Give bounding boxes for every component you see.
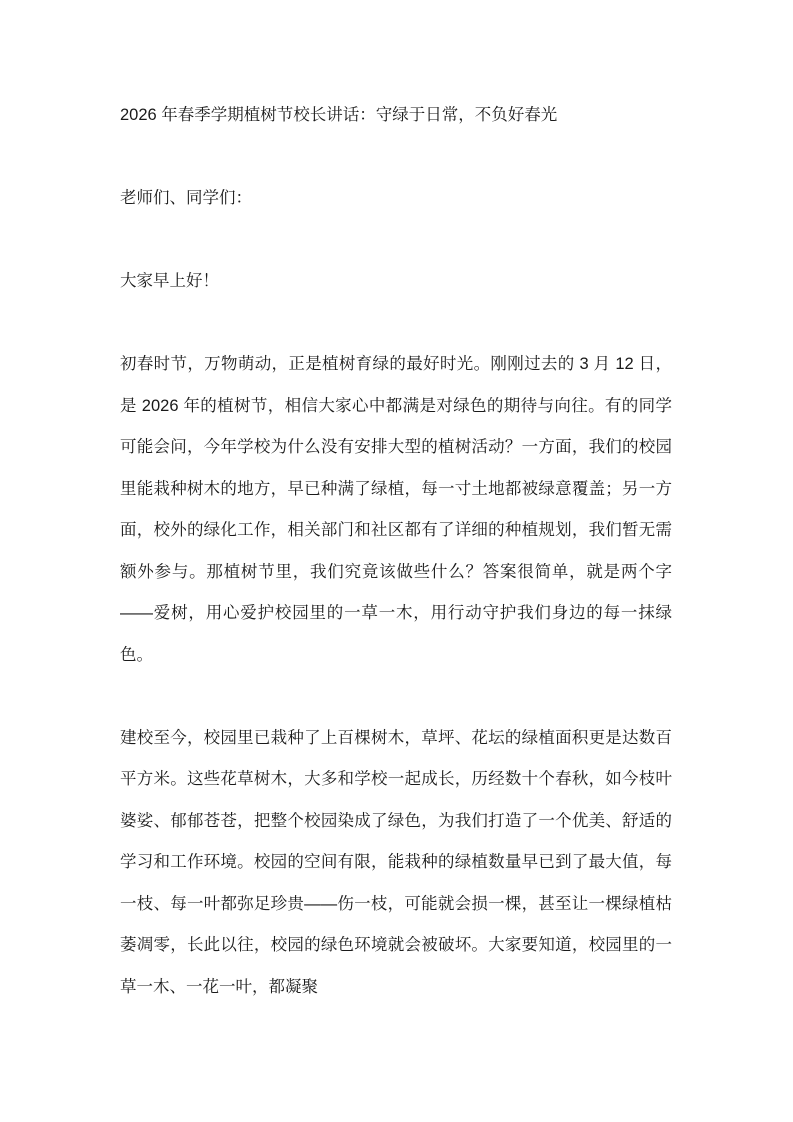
body-paragraph-2: 建校至今，校园里已栽种了上百棵树木，草坪、花坛的绿植面积更是达数百平方米。这些花… (120, 718, 672, 1009)
document-title: 2026 年春季学期植树节校长讲话：守绿于日常，不负好春光 (120, 95, 672, 137)
greeting-line: 大家早上好！ (120, 261, 672, 303)
salutation-line: 老师们、同学们： (120, 178, 672, 220)
document-page: 2026 年春季学期植树节校长讲话：守绿于日常，不负好春光 老师们、同学们： 大… (0, 0, 793, 1122)
body-paragraph-1: 初春时节，万物萌动，正是植树育绿的最好时光。刚刚过去的 3 月 12 日，是 2… (120, 344, 672, 676)
